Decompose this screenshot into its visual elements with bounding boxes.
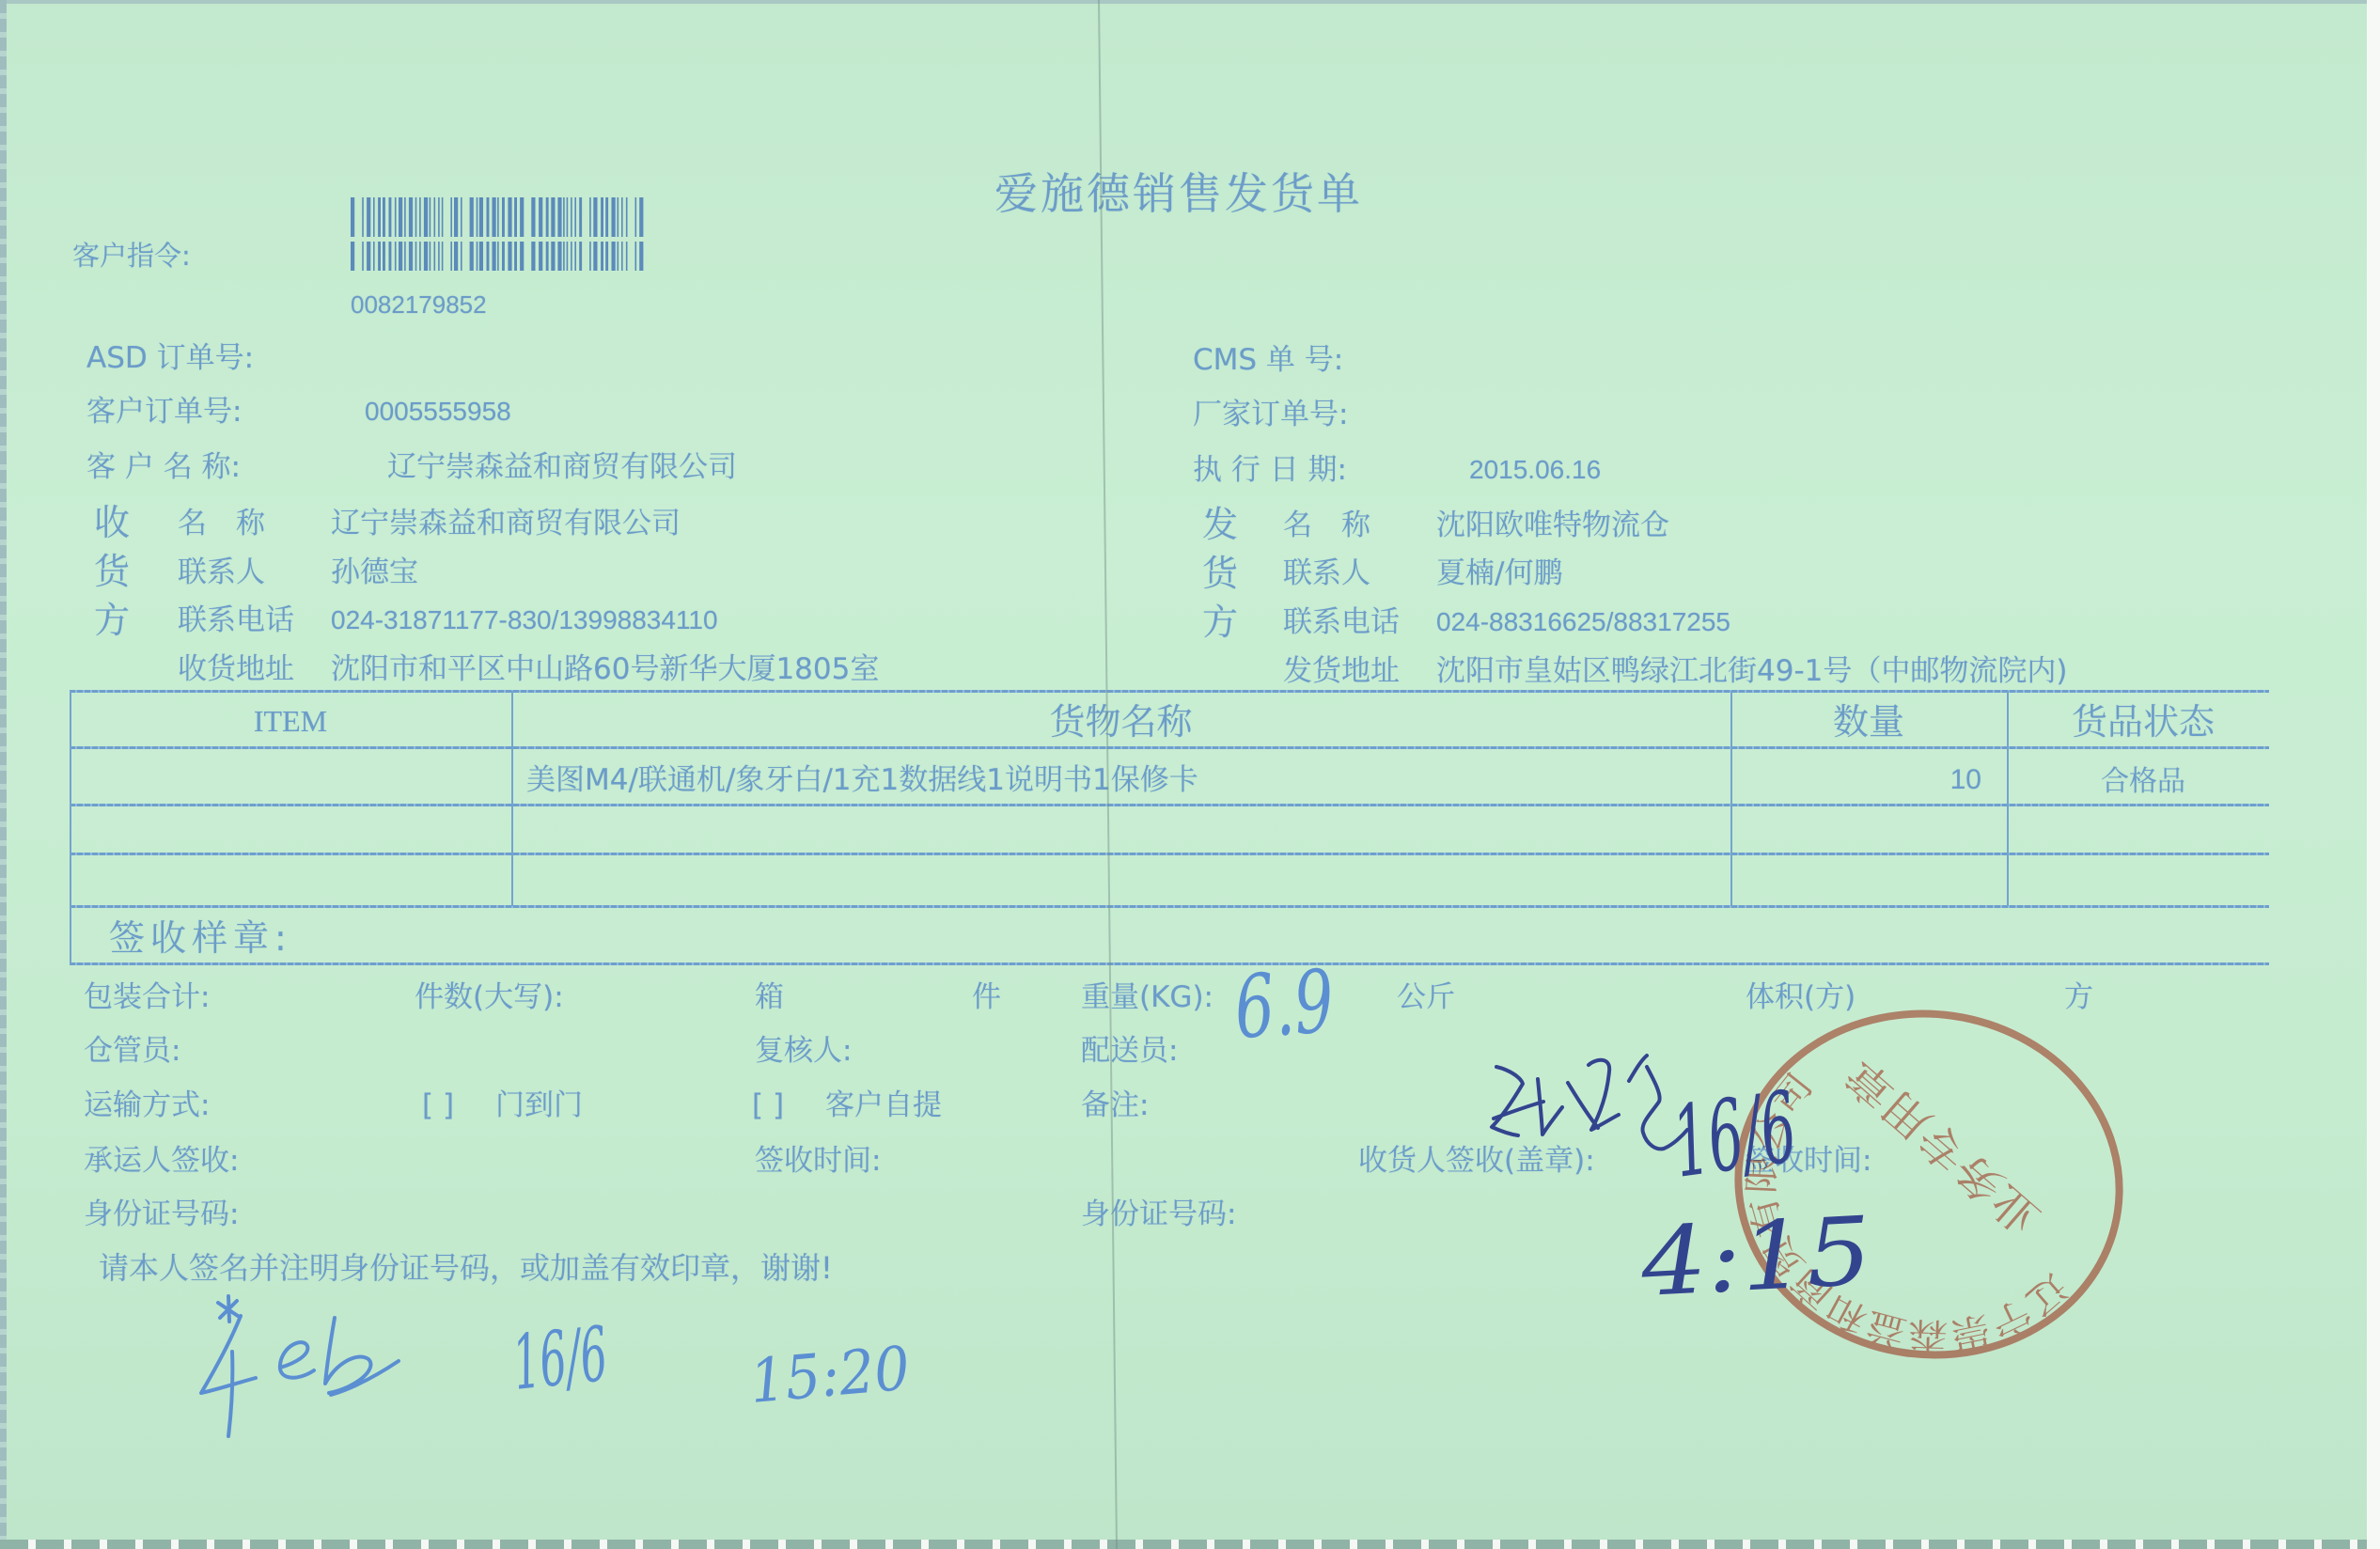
column-header-quantity: 数量 [1730, 701, 2007, 743]
cms-number-label: CMS 单 号: [1193, 343, 1343, 377]
door-to-door-option: 门到门 [495, 1088, 583, 1122]
shipper-side-char: 发 [1202, 505, 1238, 544]
table-line [70, 690, 2269, 693]
consignee-sign-time-label: 签收时间: [1746, 1144, 1871, 1178]
door-to-door-checkbox: [ ] [422, 1088, 454, 1122]
customer-instruction-label: 客户指令: [72, 239, 191, 273]
deliverer-label: 配送员: [1081, 1034, 1178, 1068]
shipper-phone-value: 024-88316625/88317255 [1436, 605, 1730, 639]
remarks-label: 备注: [1081, 1088, 1149, 1122]
consignee-side-char: 方 [94, 601, 130, 640]
shipper-name-label: 名 称 [1283, 509, 1370, 542]
row-goods-status: 合格品 [2007, 765, 2279, 799]
warehouse-keeper-label: 仓管员: [84, 1034, 180, 1068]
transport-method-label: 运输方式: [84, 1088, 210, 1122]
carrier-id-number-label: 身份证号码: [84, 1197, 239, 1231]
customer-pickup-checkbox: [ ] [752, 1088, 784, 1122]
customer-name-value: 辽宁崇森益和商贸有限公司 [387, 450, 737, 484]
consignee-sign-label: 收货人签收(盖章): [1358, 1144, 1595, 1178]
piece-label: 件 [972, 980, 1001, 1014]
exec-date-value: 2015.06.16 [1469, 453, 1601, 487]
customer-order-value: 0005555958 [365, 395, 511, 429]
piece-count-label: 件数(大写): [415, 980, 564, 1014]
consignee-contact-value: 孙德宝 [331, 555, 418, 589]
consignee-side-char: 货 [94, 552, 130, 591]
table-line [70, 905, 2269, 908]
paper-left-perforation [0, 0, 7, 1549]
column-header-item: ITEM [70, 704, 511, 738]
signature-notice: 请本人签名并注明身份证号码，或加盖有效印章，谢谢! [99, 1251, 833, 1285]
paper-bottom-perforation [0, 1540, 2367, 1549]
column-header-goods-name: 货物名称 [511, 701, 1730, 743]
table-line [70, 804, 2269, 806]
customer-name-label: 客 户 名 称: [86, 450, 241, 484]
barcode-number: 0082179852 [351, 288, 487, 321]
exec-date-label: 执 行 日 期: [1193, 453, 1347, 487]
consignee-side-char: 收 [94, 503, 130, 542]
factory-order-label: 厂家订单号: [1193, 398, 1348, 431]
paper-top-edge [0, 0, 2367, 4]
shipper-name-value: 沈阳欧唯特物流仓 [1436, 509, 1669, 542]
shipper-contact-value: 夏楠/何鹏 [1436, 556, 1562, 590]
carrier-sign-label: 承运人签收: [84, 1144, 239, 1178]
table-line [70, 962, 2269, 965]
shipper-address-label: 发货地址 [1283, 654, 1400, 688]
consignee-address-label: 收货地址 [178, 652, 294, 686]
table-line [70, 853, 2269, 855]
customer-order-label: 客户订单号: [86, 395, 242, 429]
consignee-name-label: 名 称 [178, 507, 265, 540]
barcode [351, 197, 648, 271]
consignee-id-number-label: 身份证号码: [1081, 1197, 1236, 1231]
table-line [70, 746, 2269, 749]
packing-total-label: 包装合计: [84, 980, 210, 1014]
shipper-side-char: 方 [1202, 602, 1238, 642]
customer-pickup-option: 客户自提 [825, 1088, 942, 1122]
document-title: 爱施德销售发货单 [994, 167, 1363, 220]
consignee-phone-value: 024-31871177-830/13998834110 [331, 603, 718, 637]
weight-label: 重量(KG): [1081, 980, 1213, 1014]
box-label: 箱 [755, 980, 784, 1014]
volume-label: 体积(方) [1746, 980, 1855, 1014]
consignee-name-value: 辽宁崇森益和商贸有限公司 [331, 507, 681, 540]
carrier-sign-time-label: 签收时间: [755, 1144, 881, 1178]
row-quantity: 10 [1730, 763, 1981, 797]
consignee-phone-label: 联系电话 [178, 603, 294, 637]
row-goods-name: 美图M4/联通机/象牙白/1充1数据线1说明书1保修卡 [526, 763, 1198, 797]
consignee-address-value: 沈阳市和平区中山路60号新华大厦1805室 [331, 652, 879, 686]
shipper-address-value: 沈阳市皇姑区鸭绿江北街49-1号（中邮物流院内) [1436, 654, 2067, 688]
shipper-phone-label: 联系电话 [1283, 605, 1400, 639]
weight-unit: 公斤 [1397, 980, 1455, 1014]
shipper-contact-label: 联系人 [1283, 556, 1370, 590]
asd-order-label: ASD 订单号: [86, 341, 254, 375]
column-header-goods-status: 货品状态 [2007, 701, 2279, 743]
volume-unit: 方 [2064, 980, 2093, 1014]
reviewer-label: 复核人: [755, 1034, 852, 1068]
sign-sample-label: 签收样章: [109, 917, 292, 959]
consignee-contact-label: 联系人 [178, 555, 265, 589]
shipper-side-char: 货 [1202, 554, 1238, 593]
